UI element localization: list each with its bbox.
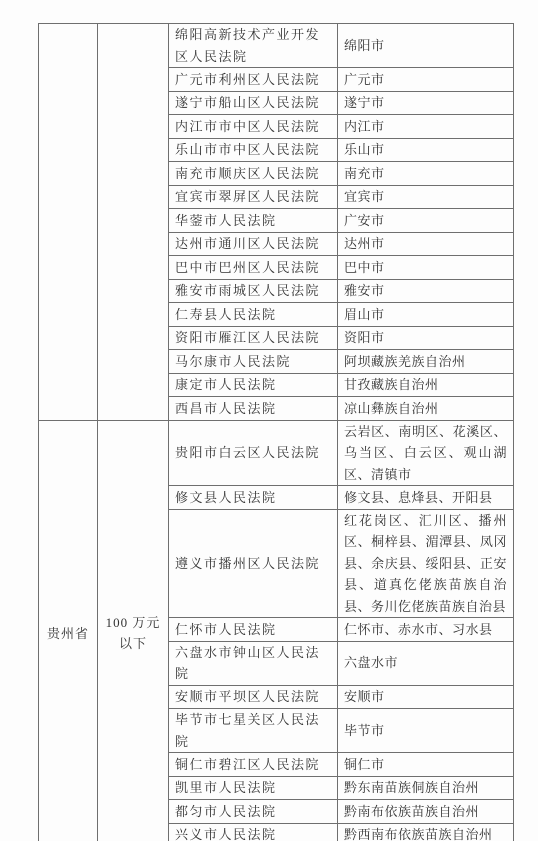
region-cell: 南充市 (338, 162, 514, 186)
amount-cell: 100 万元以下 (98, 420, 169, 841)
region-cell: 安顺市 (338, 685, 514, 709)
region-cell: 凉山彝族自治州 (338, 397, 514, 421)
region-cell: 遂宁市 (338, 91, 514, 115)
court-cell: 毕节市七星关区人民法院 (169, 709, 338, 753)
court-cell: 西昌市人民法院 (169, 397, 338, 421)
region-cell: 广元市 (338, 68, 514, 92)
table-row: 绵阳高新技术产业开发区人民法院绵阳市 (39, 24, 514, 68)
province-cell: 贵州省 (39, 420, 98, 841)
jurisdiction-table: 绵阳高新技术产业开发区人民法院绵阳市广元市利州区人民法院广元市遂宁市船山区人民法… (38, 23, 514, 841)
court-cell: 仁寿县人民法院 (169, 303, 338, 327)
region-cell: 达州市 (338, 232, 514, 256)
court-cell: 康定市人民法院 (169, 373, 338, 397)
region-cell: 资阳市 (338, 326, 514, 350)
court-cell: 铜仁市碧江区人民法院 (169, 753, 338, 777)
region-cell: 黔南布依族苗族自治州 (338, 800, 514, 824)
region-cell: 黔西南布依族苗族自治州 (338, 823, 514, 841)
court-cell: 南充市顺庆区人民法院 (169, 162, 338, 186)
region-cell: 仁怀市、赤水市、习水县 (338, 618, 514, 642)
region-cell: 红花岗区、汇川区、播州区、桐梓县、湄潭县、凤冈县、余庆县、绥阳县、正安县、道真仡… (338, 509, 514, 618)
region-cell: 甘孜藏族自治州 (338, 373, 514, 397)
court-cell: 都匀市人民法院 (169, 800, 338, 824)
court-cell: 仁怀市人民法院 (169, 618, 338, 642)
amount-cell (98, 24, 169, 421)
court-cell: 修文县人民法院 (169, 486, 338, 510)
region-cell: 黔东南苗族侗族自治州 (338, 776, 514, 800)
court-cell: 遂宁市船山区人民法院 (169, 91, 338, 115)
region-cell: 云岩区、南明区、花溪区、乌当区、白云区、观山湖区、清镇市 (338, 420, 514, 486)
court-cell: 乐山市市中区人民法院 (169, 138, 338, 162)
region-cell: 眉山市 (338, 303, 514, 327)
region-cell: 修文县、息烽县、开阳县 (338, 486, 514, 510)
table-row: 贵州省100 万元以下贵阳市白云区人民法院云岩区、南明区、花溪区、乌当区、白云区… (39, 420, 514, 486)
court-cell: 资阳市雁江区人民法院 (169, 326, 338, 350)
region-cell: 广安市 (338, 209, 514, 233)
court-cell: 广元市利州区人民法院 (169, 68, 338, 92)
court-cell: 绵阳高新技术产业开发区人民法院 (169, 24, 338, 68)
region-cell: 六盘水市 (338, 641, 514, 685)
court-cell: 贵阳市白云区人民法院 (169, 420, 338, 486)
region-cell: 绵阳市 (338, 24, 514, 68)
province-cell (39, 24, 98, 421)
court-cell: 达州市通川区人民法院 (169, 232, 338, 256)
region-cell: 雅安市 (338, 279, 514, 303)
court-cell: 华蓥市人民法院 (169, 209, 338, 233)
document-page: 绵阳高新技术产业开发区人民法院绵阳市广元市利州区人民法院广元市遂宁市船山区人民法… (0, 0, 538, 841)
table-section: 贵州省100 万元以下贵阳市白云区人民法院云岩区、南明区、花溪区、乌当区、白云区… (39, 420, 514, 841)
court-cell: 马尔康市人民法院 (169, 350, 338, 374)
region-cell: 铜仁市 (338, 753, 514, 777)
region-cell: 乐山市 (338, 138, 514, 162)
court-cell: 遵义市播州区人民法院 (169, 509, 338, 618)
court-cell: 雅安市雨城区人民法院 (169, 279, 338, 303)
court-cell: 安顺市平坝区人民法院 (169, 685, 338, 709)
court-cell: 凯里市人民法院 (169, 776, 338, 800)
court-cell: 宜宾市翠屏区人民法院 (169, 185, 338, 209)
table-section: 绵阳高新技术产业开发区人民法院绵阳市广元市利州区人民法院广元市遂宁市船山区人民法… (39, 24, 514, 421)
region-cell: 巴中市 (338, 256, 514, 280)
court-cell: 六盘水市钟山区人民法院 (169, 641, 338, 685)
region-cell: 阿坝藏族羌族自治州 (338, 350, 514, 374)
region-cell: 毕节市 (338, 709, 514, 753)
court-cell: 兴义市人民法院 (169, 823, 338, 841)
court-cell: 巴中市巴州区人民法院 (169, 256, 338, 280)
region-cell: 宜宾市 (338, 185, 514, 209)
region-cell: 内江市 (338, 115, 514, 139)
court-cell: 内江市市中区人民法院 (169, 115, 338, 139)
